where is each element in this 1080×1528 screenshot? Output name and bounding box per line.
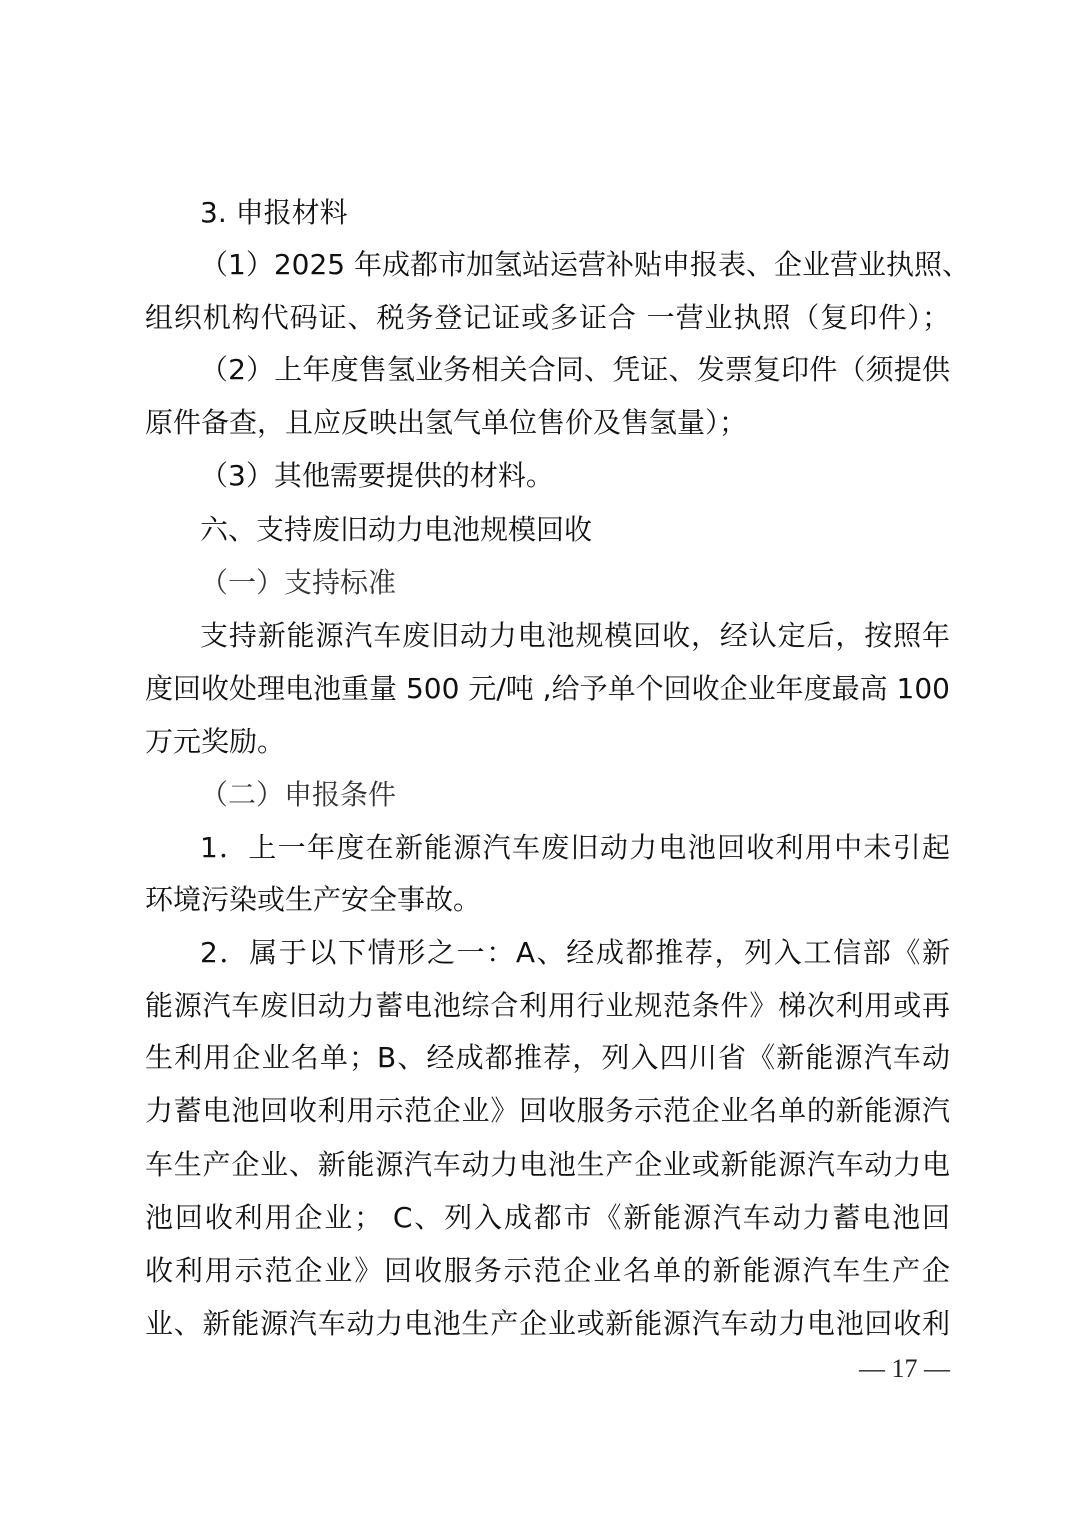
paragraph-line: 环境污染或生产安全事故。 — [145, 880, 950, 920]
subsection-heading-application-materials: 3. 申报材料 — [200, 193, 950, 233]
paragraph-line: 2．属于以下情形之一：A、经成都推荐，列入工信部《新 — [200, 933, 950, 973]
paragraph-line: （1）2025 年成都市加氢站运营补贴申报表、企业营业执照、 — [200, 245, 950, 285]
paragraph-line: 原件备查，且应反映出氢气单位售价及售氢量）； — [145, 403, 950, 443]
paragraph-line: 1．上一年度在新能源汽车废旧动力电池回收利用中未引起 — [200, 828, 950, 868]
paragraph-line: 业、新能源汽车动力电池生产企业或新能源汽车动力电池回收利 — [145, 1304, 950, 1344]
paragraph-line: 力蓄电池回收利用示范企业》回收服务示范企业名单的新能源汽 — [145, 1091, 950, 1131]
paragraph-line: 能源汽车废旧动力蓄电池综合利用行业规范条件》梯次利用或再 — [145, 986, 950, 1026]
paragraph-line: 支持新能源汽车废旧动力电池规模回收，经认定后，按照年 — [200, 616, 950, 656]
paragraph-line: 万元奖励。 — [145, 722, 950, 762]
section-heading-battery-recycling: 六、支持废旧动力电池规模回收 — [200, 510, 950, 550]
paragraph-line: 收利用示范企业》回收服务示范企业名单的新能源汽车生产企 — [145, 1251, 950, 1291]
paragraph-line: （3）其他需要提供的材料。 — [200, 456, 950, 496]
paragraph-line: 生利用企业名单；B、经成都推荐，列入四川省《新能源汽车动 — [145, 1038, 950, 1078]
subsection-heading-support-standard: （一）支持标准 — [200, 563, 950, 603]
paragraph-line: 度回收处理电池重量 500 元/吨 ,给予单个回收企业年度最高 100 — [145, 669, 950, 709]
page-number: — 17 — — [840, 1352, 950, 1386]
paragraph-line: （2）上年度售氢业务相关合同、凭证、发票复印件（须提供 — [200, 350, 950, 390]
subsection-heading-application-conditions: （二）申报条件 — [200, 775, 950, 815]
document-page: 3. 申报材料 （1）2025 年成都市加氢站运营补贴申报表、企业营业执照、 组… — [0, 0, 1080, 1528]
paragraph-line: 组织机构代码证、税务登记证或多证合 一营业执照（复印件）； — [145, 298, 950, 338]
paragraph-line: 池回收利用企业； C、列入成都市《新能源汽车动力蓄电池回 — [145, 1198, 950, 1238]
paragraph-line: 车生产企业、新能源汽车动力电池生产企业或新能源汽车动力电 — [145, 1145, 950, 1185]
